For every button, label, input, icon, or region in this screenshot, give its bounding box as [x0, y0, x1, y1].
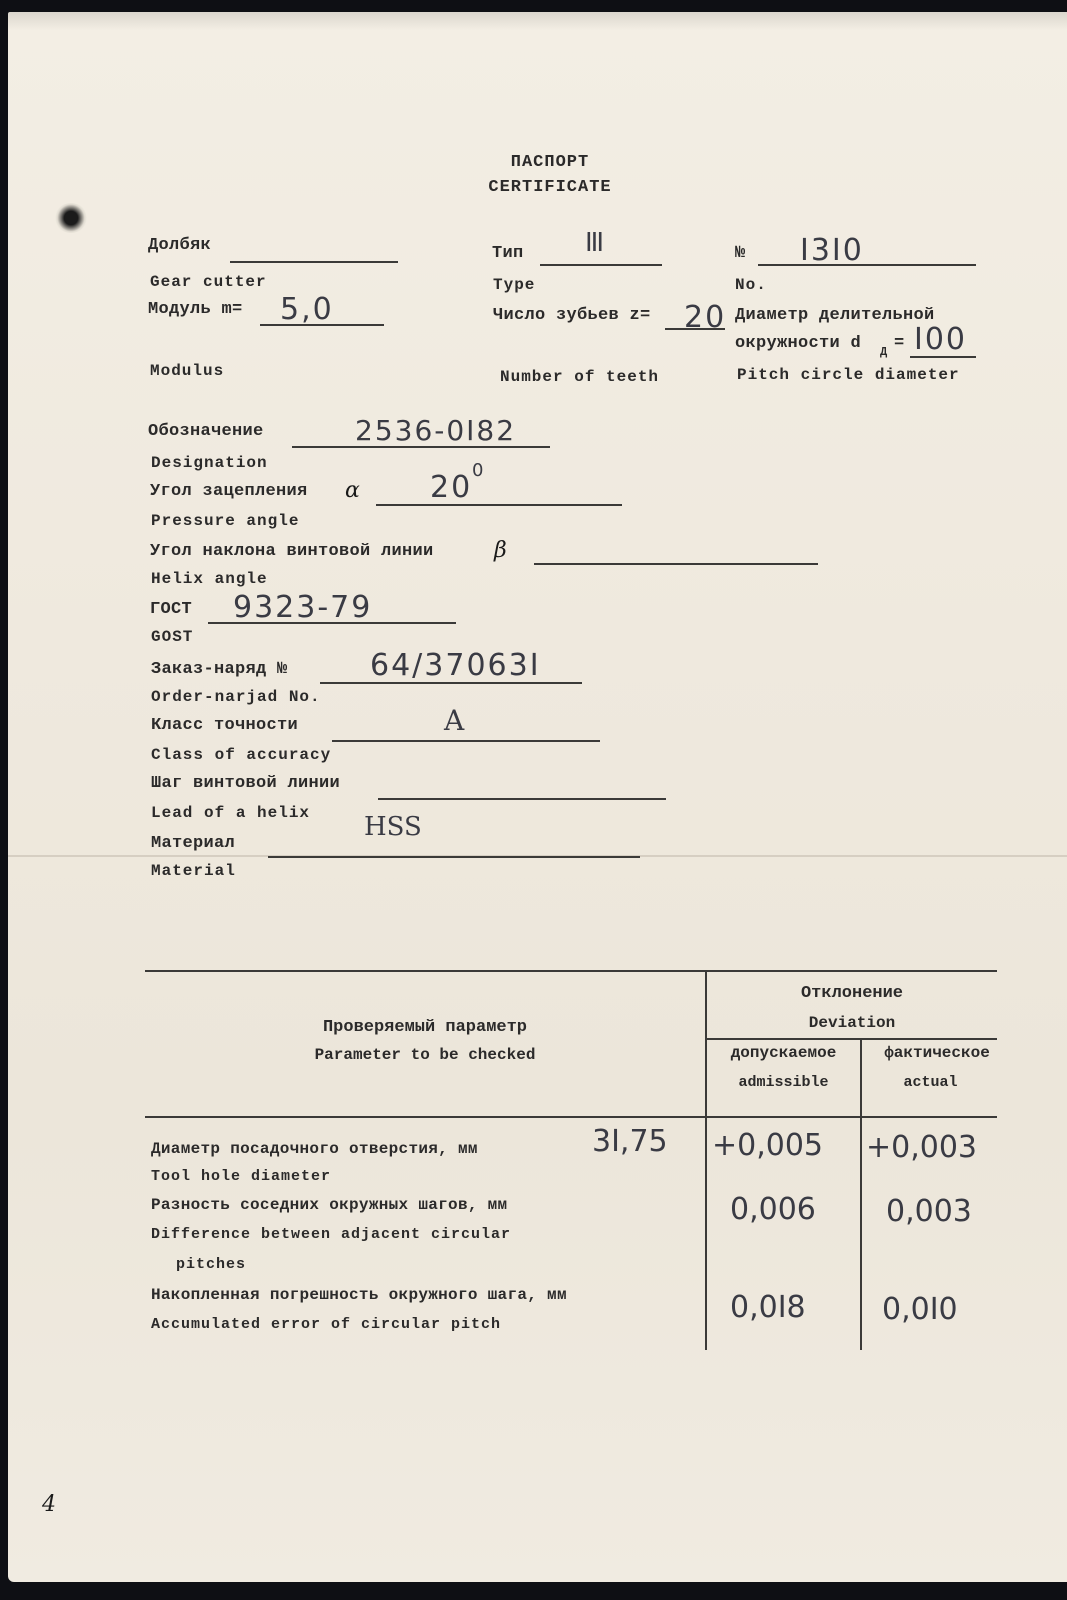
table-row-1-actual: +0,003	[866, 1130, 977, 1165]
table-row-1-nominal: 3I,75	[592, 1124, 668, 1159]
gost-value: 9323-79	[233, 590, 372, 625]
type-label-en: Type	[493, 276, 535, 294]
gost-label-en: GOST	[151, 628, 193, 646]
table-row-3-param-ru: Накопленная погрешность окружного шага, …	[151, 1286, 567, 1304]
pitch-diameter-label-1: Диаметр делительной	[735, 306, 935, 325]
table-row-3-admissible: 0,0I8	[730, 1290, 806, 1325]
teeth-label: Число зубьев z=	[493, 306, 651, 325]
accuracy-class-label: Класс точности	[151, 716, 298, 735]
table-deviation-divider	[705, 1038, 997, 1040]
modulus-label-en: Modulus	[150, 362, 224, 380]
pitch-diameter-value: I00	[914, 322, 967, 357]
table-row-3-actual: 0,0I0	[882, 1292, 958, 1327]
number-field-line	[758, 264, 976, 266]
accuracy-class-value: A	[444, 704, 466, 737]
table-row-1-param-en: Tool hole diameter	[151, 1168, 331, 1185]
pitch-diameter-eq: =	[894, 334, 905, 353]
table-header-param-ru: Проверяемый параметр	[145, 1018, 705, 1037]
helix-lead-field-line	[378, 798, 666, 800]
pitch-diameter-label-2: окружности d	[735, 334, 861, 353]
type-label: Тип	[492, 244, 524, 263]
teeth-label-en: Number of teeth	[500, 368, 659, 386]
helix-angle-label-en: Helix angle	[151, 570, 268, 588]
pressure-angle-degree: 0	[472, 460, 485, 481]
table-header-actual-ru: фактическое	[862, 1044, 1012, 1062]
pitch-diameter-label-en: Pitch circle diameter	[737, 366, 960, 384]
table-row-2-admissible: 0,006	[730, 1192, 816, 1227]
number-label-en: No.	[735, 276, 767, 294]
table-header-deviation-en: Deviation	[707, 1014, 997, 1032]
material-label-en: Material	[151, 862, 236, 880]
designation-label: Обозначение	[148, 422, 264, 441]
order-label: Заказ-наряд №	[151, 660, 288, 679]
number-value: I3I0	[800, 233, 864, 268]
beta-symbol: β	[494, 538, 507, 563]
teeth-value: 20	[684, 300, 726, 335]
table-header-admissible-en: admissible	[707, 1074, 860, 1091]
gear-cutter-label: Долбяк	[148, 236, 211, 255]
accuracy-class-label-en: Class of accuracy	[151, 746, 331, 764]
type-field-line	[540, 264, 662, 266]
gear-cutter-field-line	[230, 261, 398, 263]
table-row-1-admissible: +0,005	[712, 1128, 823, 1163]
doc-title-ru: ПАСПОРТ	[430, 153, 670, 172]
table-header-deviation-ru: Отклонение	[707, 984, 997, 1003]
helix-angle-label: Угол наклона винтовой линии	[150, 542, 434, 561]
table-header-bottom-border	[145, 1116, 997, 1118]
material-label: Материал	[151, 834, 235, 853]
table-header-actual-en: actual	[862, 1074, 999, 1091]
table-row-3-param-en: Accumulated error of circular pitch	[151, 1316, 501, 1333]
table-row-2-param-ru: Разность соседних окружных шагов, мм	[151, 1196, 507, 1214]
accuracy-class-field-line	[332, 740, 600, 742]
pitch-diameter-subscript: Д	[880, 345, 888, 359]
table-header-param-en: Parameter to be checked	[145, 1046, 705, 1064]
margin-mark: 4	[42, 1492, 56, 1517]
designation-value: 2536-0I82	[355, 414, 516, 447]
table-row-2-param-en: Difference between adjacent circular	[151, 1226, 511, 1243]
table-row-2-actual: 0,003	[886, 1194, 972, 1229]
material-value: HSS	[364, 812, 422, 842]
helix-lead-label: Шаг винтовой линии	[151, 774, 340, 793]
pressure-angle-value: 20	[430, 470, 472, 505]
table-header-admissible-ru: допускаемое	[707, 1044, 860, 1062]
alpha-symbol: α	[345, 478, 360, 503]
designation-label-en: Designation	[151, 454, 268, 472]
material-field-line	[268, 856, 640, 858]
punch-hole	[54, 203, 88, 233]
gost-label: ГОСТ	[150, 600, 192, 619]
type-value: III	[585, 228, 602, 258]
order-label-en: Order-narjad No.	[151, 688, 321, 706]
modulus-label: Модуль m=	[148, 300, 243, 319]
helix-lead-label-en: Lead of a helix	[151, 804, 310, 822]
table-row-1-param-ru: Диаметр посадочного отверстия, мм	[151, 1140, 478, 1158]
doc-title-en: CERTIFICATE	[430, 178, 670, 197]
modulus-value: 5,0	[280, 292, 334, 327]
helix-angle-field-line	[534, 563, 818, 565]
pressure-angle-label-en: Pressure angle	[151, 512, 299, 530]
number-label: №	[735, 244, 746, 263]
gear-cutter-label-en: Gear cutter	[150, 273, 267, 291]
pressure-angle-field-line	[376, 504, 622, 506]
pressure-angle-label: Угол зацепления	[150, 482, 308, 501]
table-top-border	[145, 970, 997, 972]
order-value: 64/37063I	[370, 648, 541, 683]
table-row-2-param-en-cont: pitches	[176, 1256, 246, 1273]
